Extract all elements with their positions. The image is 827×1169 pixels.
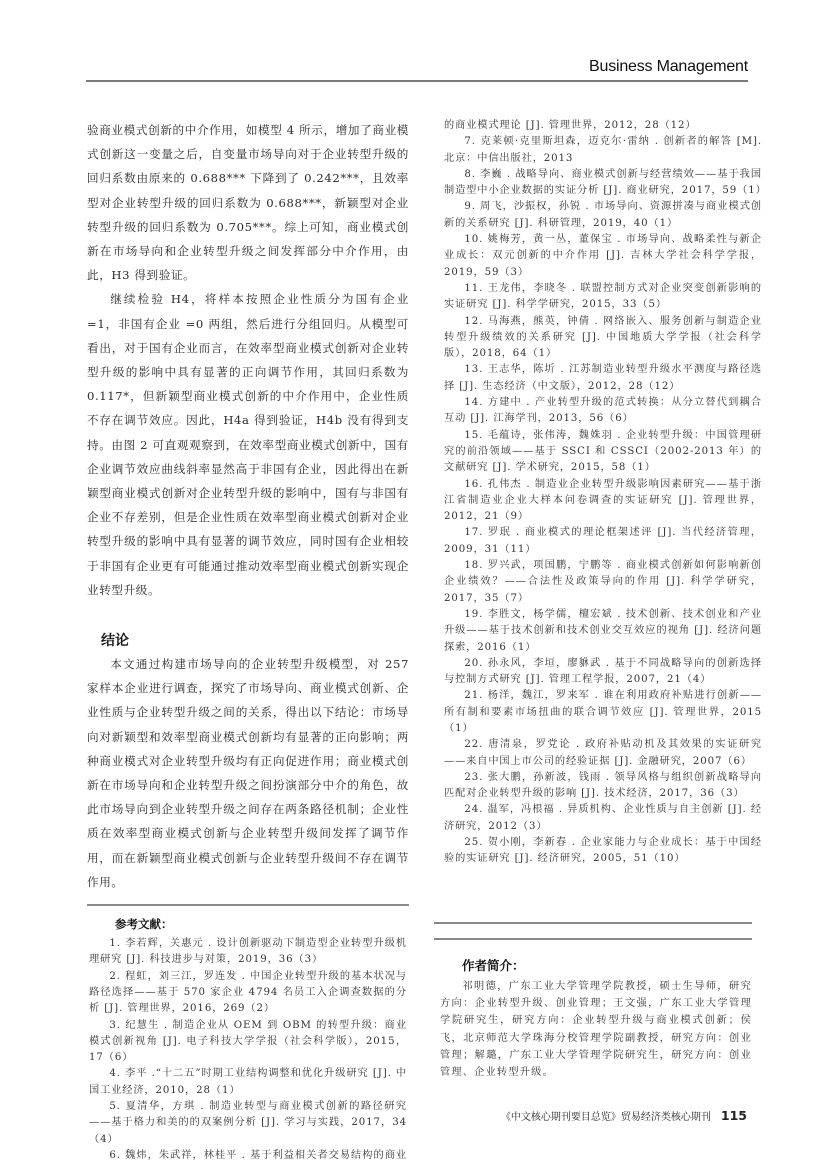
reference-item: 8. 李巍 . 战略导向、商业模式创新与经营绩效——基于我国制造型中小企业数据的… [444,167,762,200]
conclusion-heading: 结论 [101,630,409,650]
reference-item: 7. 克莱顿·克里斯坦森，迈克尔·雷纳 . 创新者的解答 [M]. 北京：中信出… [444,134,762,167]
reference-item: 13. 王志华，陈圻 . 江苏制造业转型升级水平测度与路径选择 [J]. 生态经… [444,362,762,395]
reference-item: 20. 孙永风，李垣，廖貅武 . 基于不同战略导向的创新选择与控制方式研究 [J… [444,656,762,689]
reference-item: 12. 马海燕，熊英，钟倩 . 网络嵌入、服务创新与制造企业转型升级绩效的关系研… [444,314,762,363]
reference-item: 25. 贺小刚，李新春 . 企业家能力与企业成长：基于中国经验的实证研究 [J]… [444,835,762,868]
left-column: 验商业模式创新的中介作用，如模型 4 所示，增加了商业模式创新这一变量之后，自变… [87,118,409,1164]
references-end-rule [434,922,752,924]
right-column: 的商业模式理论 [J]. 管理世界，2012，28（12） 7. 克莱顿·克里斯… [442,118,764,868]
reference-item: 21. 杨洋，魏江，罗来军 . 谁在利用政府补贴进行创新——所有制和要素市场扭曲… [444,688,762,737]
page-footer: 《中文核心期刊要目总览》贸易经济类核心期刊115 [0,1108,747,1123]
reference-item: 15. 毛蕴诗，张伟涛，魏姝羽 . 企业转型升级：中国管理研究的前沿领域——基于… [444,428,762,477]
reference-item-continued: 的商业模式理论 [J]. 管理世界，2012，28（12） [444,118,762,134]
reference-item: 17. 罗珉 . 商业模式的理论框架述评 [J]. 当代经济管理，2009，31… [444,525,762,558]
author-bio-text: 祁明德，广东工业大学管理学院教授，硕士生导师，研究方向：企业转型升级、创业管理；… [440,978,752,1081]
header-rule [86,80,748,82]
journal-index-line: 《中文核心期刊要目总览》贸易经济类核心期刊 [501,1112,711,1123]
body-paragraph: 继续检验 H4，将样本按照企业性质分为国有企业 =1，非国有企业 =0 两组，然… [87,287,409,602]
running-head-title: Business Management [0,58,748,76]
reference-item: 16. 孔伟杰 . 制造业企业转型升级影响因素研究——基于浙江省制造业企业大样本… [444,477,762,526]
reference-item: 22. 唐清泉，罗党论 . 政府补贴动机及其效果的实证研究——来自中国上市公司的… [444,737,762,770]
reference-item: 2. 程虹，刘三江，罗连发 . 中国企业转型升级的基本状况与路径选择——基于 5… [89,969,407,1018]
reference-list-left: 1. 李若辉，关惠元 . 设计创新驱动下制造型企业转型升级机理研究 [J]. 科… [87,936,409,1164]
author-section-rule [434,938,752,940]
reference-item: 23. 张大鹏，孙新波，钱雨 . 领导风格与组织创新战略导向匹配对企业转型升级的… [444,770,762,803]
reference-item: 9. 周飞，沙振权，孙锐 . 市场导向、资源拼凑与商业模式创新的关系研究 [J]… [444,199,762,232]
reference-item: 14. 方建中 . 产业转型升级的范式转换：从分立替代到耦合互动 [J]. 江海… [444,395,762,428]
conclusion-paragraph: 本文通过构建市场导向的企业转型升级模型，对 257 家样本企业进行调查，探究了市… [87,652,409,894]
author-bio-heading: 作者简介： [462,956,752,974]
reference-item: 11. 王龙伟，李晓冬 . 联盟控制方式对企业突变创新影响的实证研究 [J]. … [444,281,762,314]
reference-list-right: 的商业模式理论 [J]. 管理世界，2012，28（12） 7. 克莱顿·克里斯… [442,118,764,868]
body-paragraph: 验商业模式创新的中介作用，如模型 4 所示，增加了商业模式创新这一变量之后，自变… [87,118,409,287]
reference-item: 19. 李胜文，杨学儒，檀宏斌 . 技术创新、技术创业和产业升级——基于技术创新… [444,607,762,656]
reference-item: 4. 李平 .“十二五”时期工业结构调整和优化升级研究 [J]. 中国工业经济，… [89,1066,407,1099]
references-heading: 参考文献： [115,916,409,932]
reference-item: 10. 姚梅芳，黄一丛，董保宝 . 市场导向、战略柔性与新企业成长：双元创新的中… [444,232,762,281]
reference-item: 3. 纪慧生 . 制造企业从 OEM 到 OBM 的转型升级：商业模式创新视角 … [89,1018,407,1067]
reference-item: 18. 罗兴武，项国鹏，宁鹏等 . 商业模式创新如何影响新创企业绩效？——合法性… [444,558,762,607]
author-bio-section: 作者简介： 祁明德，广东工业大学管理学院教授，硕士生导师，研究方向：企业转型升级… [440,944,752,1081]
reference-item: 1. 李若辉，关惠元 . 设计创新驱动下制造型企业转型升级机理研究 [J]. 科… [89,936,407,969]
reference-item: 24. 温军，冯根福 . 异质机构、企业性质与自主创新 [J]. 经济研究，20… [444,802,762,835]
section-divider [87,904,409,906]
reference-item: 5. 夏清华，方琪 . 制造业转型与商业模式创新的路径研究——基于格力和美的的双… [89,1099,407,1148]
reference-item: 6. 魏炜，朱武祥，林桂平 . 基于利益相关者交易结构的商业模式理论 [J]. … [89,1148,407,1164]
page-number: 115 [721,1108,747,1123]
